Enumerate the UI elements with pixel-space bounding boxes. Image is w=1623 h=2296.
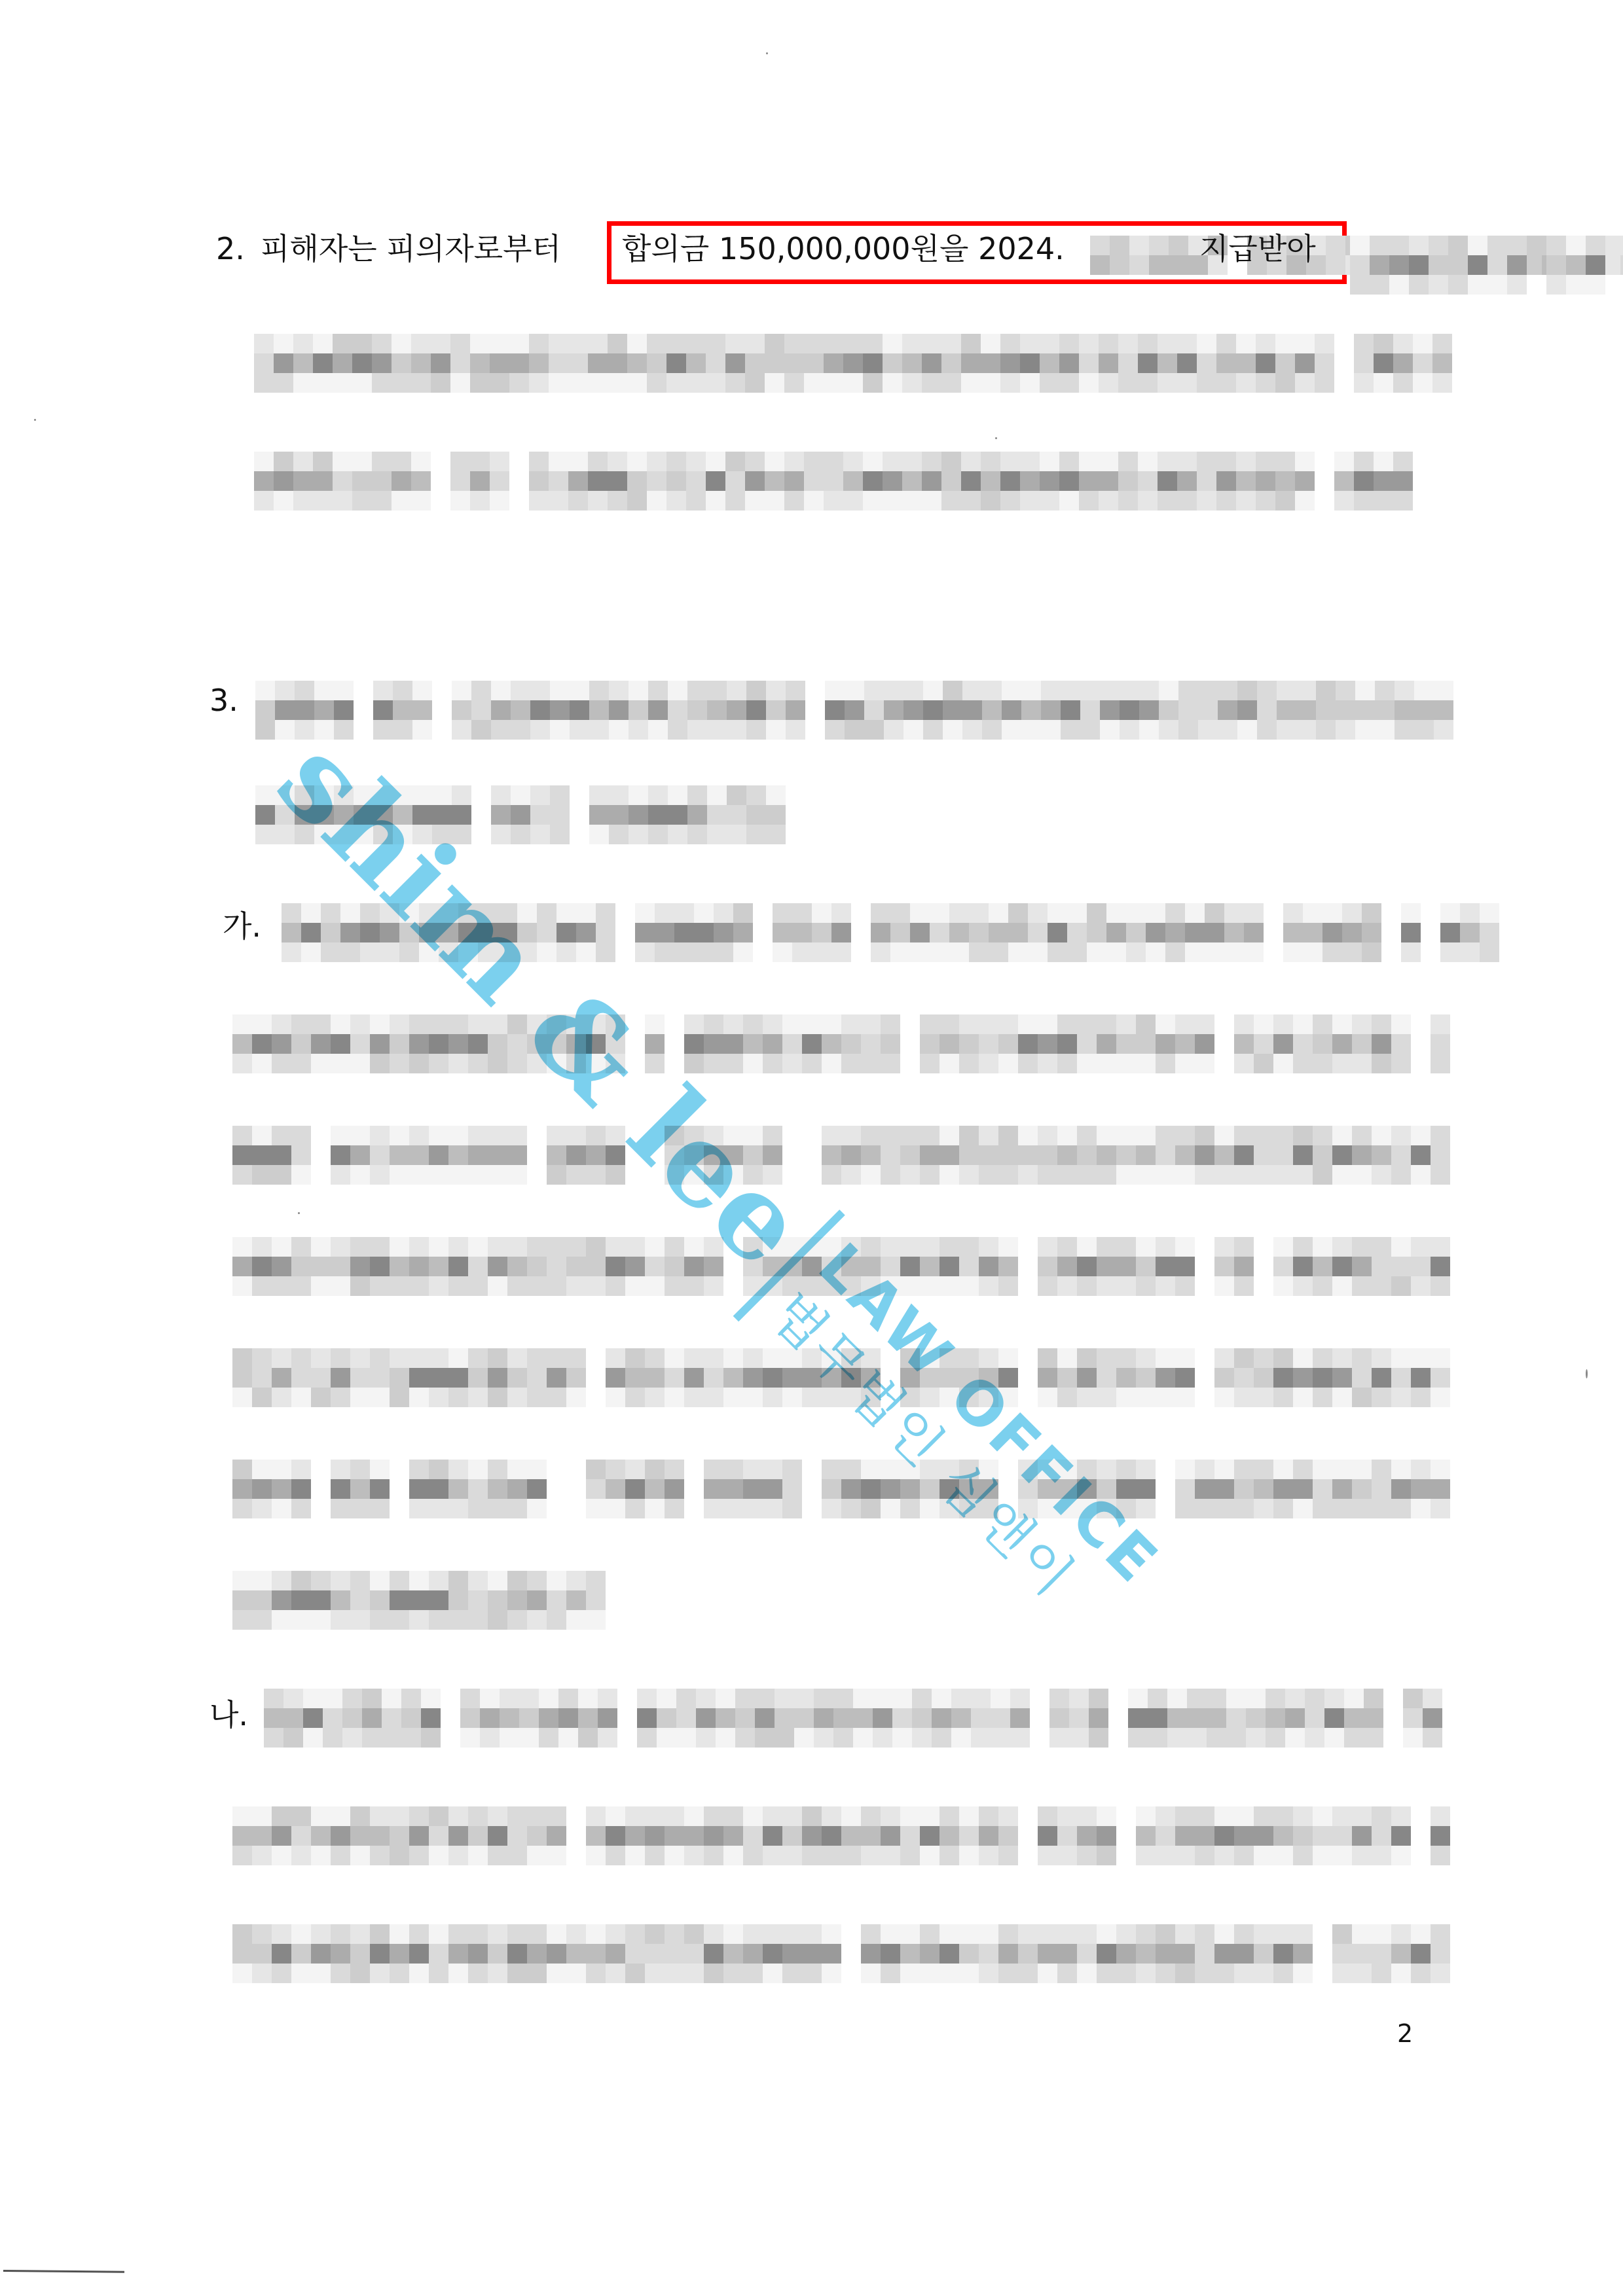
redaction-pixel bbox=[892, 1728, 912, 1748]
redaction-pixel bbox=[864, 700, 884, 720]
redaction-pixel bbox=[1008, 923, 1028, 942]
redaction-pixel bbox=[373, 785, 393, 805]
redaction-pixel bbox=[1254, 1826, 1273, 1846]
redaction-pixel bbox=[979, 1499, 998, 1518]
redaction-pixel bbox=[1275, 353, 1295, 373]
redaction-pixel bbox=[1061, 720, 1080, 740]
redaction-pixel bbox=[1040, 452, 1059, 471]
redaction-pixel bbox=[981, 452, 1000, 471]
redaction-pixel bbox=[979, 1806, 998, 1826]
redaction-pixel bbox=[861, 1846, 881, 1865]
redaction-pixel bbox=[1175, 1499, 1195, 1518]
redaction-pixel bbox=[1273, 1499, 1293, 1518]
redaction-pixel bbox=[939, 1846, 959, 1865]
redaction-pixel bbox=[959, 1944, 979, 1964]
redaction-pixel bbox=[725, 452, 745, 471]
redaction-pixel bbox=[598, 1708, 617, 1728]
redaction-pixel bbox=[468, 1590, 488, 1610]
redaction-pixel bbox=[704, 1034, 723, 1054]
redaction-pixel bbox=[1049, 1728, 1069, 1748]
redaction-pixel bbox=[716, 1728, 735, 1748]
redaction-pixel bbox=[873, 1689, 892, 1708]
redaction-pixel bbox=[1077, 1054, 1097, 1073]
redaction-pixel bbox=[648, 785, 668, 805]
redaction-pixel bbox=[1275, 471, 1295, 491]
redaction-pixel bbox=[448, 1126, 468, 1145]
redaction-pixel bbox=[1097, 1964, 1116, 1983]
redaction-pixel bbox=[998, 1165, 1018, 1185]
redaction-pixel bbox=[488, 1054, 507, 1073]
redaction-pixel bbox=[833, 1689, 853, 1708]
redaction-pixel bbox=[372, 491, 392, 511]
redaction-pixel bbox=[881, 1054, 900, 1073]
redaction-pixel bbox=[1352, 1257, 1372, 1276]
redaction-pixel bbox=[1000, 334, 1020, 353]
redaction-pixel bbox=[1352, 1806, 1372, 1826]
redaction-pixel bbox=[1059, 373, 1079, 393]
redaction-pixel bbox=[1175, 1276, 1195, 1296]
redaction-pixel bbox=[390, 1126, 409, 1145]
redaction-pixel bbox=[429, 1460, 448, 1479]
redaction-pixel bbox=[331, 1806, 350, 1826]
redaction-pixel bbox=[920, 1826, 939, 1846]
redaction-pixel bbox=[1332, 1237, 1352, 1257]
redaction-pixel bbox=[291, 1479, 311, 1499]
redaction-pixel bbox=[586, 1806, 606, 1826]
redaction-pixel bbox=[1332, 1806, 1352, 1826]
redaction-pixel bbox=[743, 1014, 763, 1034]
redaction-pixel bbox=[657, 1708, 676, 1728]
redaction-pixel bbox=[1401, 923, 1421, 942]
redaction-pixel bbox=[1411, 1348, 1431, 1368]
redaction-pixel bbox=[1097, 1388, 1116, 1407]
redaction-pixel bbox=[1374, 353, 1393, 373]
redaction-pixel bbox=[1332, 1034, 1352, 1054]
redaction-pixel bbox=[725, 334, 745, 353]
redaction-pixel bbox=[763, 1276, 782, 1296]
redaction-pixel bbox=[1077, 1165, 1097, 1185]
redaction-pixel bbox=[272, 1348, 291, 1368]
redaction-pixel bbox=[1156, 1368, 1175, 1388]
redaction-pixel bbox=[390, 1964, 409, 1983]
redaction-pixel bbox=[1332, 1126, 1352, 1145]
redaction-pixel bbox=[1116, 1348, 1136, 1368]
redaction-pixel bbox=[331, 1479, 350, 1499]
redaction-pixel bbox=[902, 373, 922, 393]
redaction-pixel bbox=[1116, 1368, 1136, 1388]
redaction-pixel bbox=[488, 1126, 507, 1145]
redaction-pixel bbox=[1038, 1237, 1057, 1257]
redaction-pixel bbox=[804, 491, 824, 511]
redaction-pixel bbox=[470, 491, 490, 511]
redaction-pixel bbox=[488, 1034, 507, 1054]
redaction-pixel bbox=[1460, 903, 1480, 923]
redaction-pixel bbox=[589, 805, 609, 825]
redaction-pixel bbox=[232, 1460, 252, 1479]
redaction-pixel bbox=[1273, 1368, 1293, 1388]
redaction-pixel bbox=[684, 1054, 704, 1073]
redaction-pixel bbox=[1507, 236, 1527, 255]
redaction-pixel bbox=[1020, 353, 1040, 373]
redaction-pixel bbox=[1079, 471, 1099, 491]
redaction-pixel bbox=[586, 1145, 606, 1165]
redaction-pixel bbox=[900, 1826, 920, 1846]
redaction-pixel bbox=[1175, 1348, 1195, 1368]
redaction-pixel bbox=[323, 1708, 342, 1728]
redaction-pixel bbox=[1224, 903, 1244, 923]
redaction-pixel bbox=[1021, 720, 1041, 740]
redaction-pixel bbox=[429, 1571, 448, 1590]
redaction-pixel bbox=[1315, 373, 1334, 393]
redaction-pixel bbox=[1079, 353, 1099, 373]
redaction-pixel bbox=[350, 1145, 370, 1165]
redaction-pixel bbox=[1207, 1689, 1226, 1708]
redaction-pixel bbox=[784, 471, 804, 491]
redaction-pixel bbox=[665, 1165, 684, 1185]
redaction-pixel bbox=[252, 1806, 272, 1826]
redaction-pixel bbox=[507, 1257, 527, 1276]
redaction-pixel bbox=[340, 942, 360, 962]
redaction-pixel bbox=[883, 373, 902, 393]
redaction-pixel bbox=[539, 1728, 558, 1748]
redaction-pixel bbox=[1097, 1479, 1116, 1499]
redaction-pixel bbox=[920, 1126, 939, 1145]
redaction-pixel bbox=[272, 1145, 291, 1165]
redaction-pixel bbox=[743, 1479, 763, 1499]
redaction-pixel bbox=[991, 1708, 1010, 1728]
redaction-pixel bbox=[500, 1728, 519, 1748]
redaction-pixel bbox=[814, 1689, 833, 1708]
redaction-pixel bbox=[900, 1368, 920, 1388]
redaction-pixel bbox=[352, 471, 372, 491]
redaction-pixel bbox=[853, 1708, 873, 1728]
redaction-pixel bbox=[706, 373, 725, 393]
redaction-pixel bbox=[746, 700, 766, 720]
redaction-pixel bbox=[1336, 700, 1355, 720]
redaction-pixel bbox=[1256, 452, 1275, 471]
redaction-pixel bbox=[1403, 1708, 1423, 1728]
redaction-pixel bbox=[568, 491, 588, 511]
redaction-pixel bbox=[570, 700, 589, 720]
redaction-pixel bbox=[763, 1944, 782, 1964]
redaction-pixel bbox=[881, 1826, 900, 1846]
redaction-pixel bbox=[998, 1276, 1018, 1296]
redaction-pixel bbox=[370, 1348, 390, 1368]
redaction-pixel bbox=[1350, 236, 1370, 255]
redaction-pixel bbox=[706, 353, 725, 373]
redaction-pixel bbox=[1409, 275, 1429, 295]
redaction-pixel bbox=[668, 681, 687, 700]
redaction-pixel bbox=[370, 1964, 390, 1983]
redaction-pixel bbox=[232, 1806, 252, 1826]
redaction-pixel bbox=[665, 1806, 684, 1826]
redaction-pixel bbox=[647, 491, 666, 511]
redaction-pixel bbox=[606, 1237, 625, 1257]
scan-speck bbox=[298, 1212, 300, 1214]
redaction-pixel bbox=[429, 1348, 448, 1368]
redaction-pixel bbox=[1332, 1846, 1352, 1865]
redaction-pixel bbox=[998, 1126, 1018, 1145]
redaction-pixel bbox=[488, 1237, 507, 1257]
redaction-pixel bbox=[350, 1388, 370, 1407]
redaction-pixel bbox=[586, 1460, 606, 1479]
redaction-pixel bbox=[782, 1276, 802, 1296]
redaction-pixel bbox=[488, 1610, 507, 1630]
redaction-pixel bbox=[1254, 1846, 1273, 1865]
redaction-pixel bbox=[665, 1237, 684, 1257]
redaction-pixel bbox=[566, 1237, 586, 1257]
redaction-pixel bbox=[488, 1964, 507, 1983]
redaction-pixel bbox=[802, 1054, 822, 1073]
redaction-pixel bbox=[1254, 1145, 1273, 1165]
redaction-pixel bbox=[961, 334, 981, 353]
redaction-pixel bbox=[822, 1237, 841, 1257]
redaction-pixel bbox=[578, 1689, 598, 1708]
redaction-pixel bbox=[1197, 334, 1216, 353]
redaction-pixel bbox=[303, 1689, 323, 1708]
redaction-pixel bbox=[1234, 1276, 1254, 1296]
redaction-pixel bbox=[232, 1479, 252, 1499]
redaction-pixel bbox=[792, 942, 812, 962]
redaction-pixel bbox=[232, 1610, 252, 1630]
redaction-pixel bbox=[431, 353, 450, 373]
redaction-pixel bbox=[1097, 1034, 1116, 1054]
redaction-pixel bbox=[1226, 1728, 1246, 1748]
redacted-line bbox=[232, 1571, 606, 1630]
redaction-pixel bbox=[1429, 255, 1448, 275]
redaction-pixel bbox=[725, 353, 745, 373]
redaction-pixel bbox=[743, 1826, 763, 1846]
redaction-pixel bbox=[961, 353, 981, 373]
redaction-pixel bbox=[910, 923, 930, 942]
paragraph-2-label: 2. bbox=[216, 229, 245, 268]
redaction-pixel bbox=[598, 1728, 617, 1748]
redaction-pixel bbox=[1293, 1944, 1313, 1964]
redaction-pixel bbox=[606, 1826, 625, 1846]
redaction-pixel bbox=[291, 1014, 311, 1034]
redaction-pixel bbox=[1136, 1054, 1156, 1073]
redaction-pixel bbox=[1040, 491, 1059, 511]
redaction-pixel bbox=[1293, 1924, 1313, 1944]
redaction-pixel bbox=[861, 1944, 881, 1964]
redaction-pixel bbox=[509, 334, 529, 353]
redaction-pixel bbox=[274, 373, 293, 393]
redaction-pixel bbox=[333, 471, 352, 491]
redaction-pixel bbox=[264, 1708, 283, 1728]
redaction-pixel bbox=[1586, 236, 1605, 255]
redaction-pixel bbox=[1195, 1126, 1214, 1145]
redaction-pixel bbox=[468, 1924, 488, 1944]
redaction-pixel bbox=[452, 825, 471, 844]
redaction-pixel bbox=[429, 1806, 448, 1826]
redaction-pixel bbox=[576, 942, 596, 962]
redaction-pixel bbox=[745, 334, 765, 353]
redaction-pixel bbox=[311, 1388, 331, 1407]
redaction-pixel bbox=[507, 1571, 527, 1590]
redaction-pixel bbox=[468, 1479, 488, 1499]
redaction-pixel bbox=[1214, 1165, 1234, 1185]
redaction-pixel bbox=[912, 1689, 932, 1708]
redaction-pixel bbox=[696, 1728, 716, 1748]
redaction-pixel bbox=[1414, 700, 1434, 720]
redaction-pixel bbox=[998, 1054, 1018, 1073]
redaction-pixel bbox=[1303, 923, 1322, 942]
redaction-pixel bbox=[981, 373, 1000, 393]
redaction-pixel bbox=[863, 452, 883, 471]
redaction-pixel bbox=[1057, 1126, 1077, 1145]
redaction-pixel bbox=[1393, 471, 1413, 491]
redaction-pixel bbox=[704, 1388, 723, 1407]
redaction-pixel bbox=[1355, 681, 1375, 700]
redaction-pixel bbox=[352, 353, 372, 373]
redacted-line bbox=[232, 1126, 1450, 1185]
redaction-pixel bbox=[1099, 491, 1118, 511]
redaction-pixel bbox=[1048, 923, 1067, 942]
redaction-pixel bbox=[373, 805, 393, 825]
redaction-pixel bbox=[547, 1964, 566, 1983]
redaction-pixel bbox=[1395, 700, 1414, 720]
redaction-pixel bbox=[1332, 1826, 1352, 1846]
redaction-pixel bbox=[733, 903, 753, 923]
redaction-pixel bbox=[1364, 1708, 1383, 1728]
redaction-pixel bbox=[1167, 1689, 1187, 1708]
redaction-pixel bbox=[530, 700, 550, 720]
redaction-pixel bbox=[390, 1388, 409, 1407]
redaction-pixel bbox=[1313, 1348, 1332, 1368]
redaction-pixel bbox=[645, 1826, 665, 1846]
redaction-pixel bbox=[802, 1388, 822, 1407]
redaction-pixel bbox=[1175, 1126, 1195, 1145]
redaction-pixel bbox=[1218, 700, 1237, 720]
redaction-pixel bbox=[1313, 1846, 1332, 1865]
redaction-pixel bbox=[527, 1348, 547, 1368]
redaction-pixel bbox=[1254, 1964, 1273, 1983]
redaction-pixel bbox=[409, 1388, 429, 1407]
redaction-pixel bbox=[645, 1348, 665, 1368]
redaction-pixel bbox=[1293, 1237, 1313, 1257]
redaction-pixel bbox=[655, 903, 674, 923]
redaction-pixel bbox=[352, 334, 372, 353]
redaction-pixel bbox=[1126, 903, 1146, 923]
redaction-pixel bbox=[1020, 452, 1040, 471]
redaction-pixel bbox=[1118, 491, 1138, 511]
redaction-pixel bbox=[704, 1276, 723, 1296]
redaction-pixel bbox=[293, 491, 313, 511]
redaction-pixel bbox=[392, 373, 411, 393]
redaction-pixel bbox=[784, 373, 804, 393]
redaction-pixel bbox=[922, 353, 941, 373]
redaction-pixel bbox=[629, 681, 648, 700]
redaction-pixel bbox=[311, 1590, 331, 1610]
redaction-pixel bbox=[409, 1944, 429, 1964]
redaction-pixel bbox=[784, 452, 804, 471]
redaction-pixel bbox=[1038, 1126, 1057, 1145]
redaction-pixel bbox=[421, 1728, 441, 1748]
redaction-pixel bbox=[912, 1708, 932, 1728]
redaction-pixel bbox=[331, 1846, 350, 1865]
redaction-pixel bbox=[608, 334, 627, 353]
redaction-pixel bbox=[1038, 1806, 1057, 1826]
redaction-pixel bbox=[295, 720, 314, 740]
redaction-pixel bbox=[727, 825, 746, 844]
redaction-pixel bbox=[881, 1479, 900, 1499]
redaction-pixel bbox=[1411, 1460, 1431, 1479]
redaction-pixel bbox=[450, 491, 470, 511]
redaction-pixel bbox=[1372, 1054, 1391, 1073]
redaction-pixel bbox=[419, 903, 439, 923]
redaction-pixel bbox=[1077, 1034, 1097, 1054]
redaction-pixel bbox=[743, 1348, 763, 1368]
redaction-pixel bbox=[333, 373, 352, 393]
redaction-pixel bbox=[1257, 700, 1277, 720]
redaction-pixel bbox=[1175, 1479, 1195, 1499]
redaction-pixel bbox=[684, 1826, 704, 1846]
redaction-pixel bbox=[902, 452, 922, 471]
redaction-pixel bbox=[765, 373, 784, 393]
redaction-pixel bbox=[802, 1014, 822, 1034]
redaction-pixel bbox=[825, 720, 845, 740]
paragraph-3-label: 3. bbox=[210, 681, 238, 720]
redaction-pixel bbox=[1116, 1944, 1136, 1964]
redaction-pixel bbox=[1175, 1846, 1195, 1865]
redaction-pixel bbox=[1468, 236, 1487, 255]
redaction-pixel bbox=[409, 1964, 429, 1983]
redaction-pixel bbox=[1234, 1479, 1254, 1499]
redaction-pixel bbox=[314, 720, 334, 740]
redaction-pixel bbox=[350, 1126, 370, 1145]
redaction-pixel bbox=[804, 373, 824, 393]
redaction-pixel bbox=[1057, 1460, 1077, 1479]
redaction-pixel bbox=[370, 1846, 390, 1865]
page-number: 2 bbox=[1397, 2017, 1413, 2050]
redaction-pixel bbox=[687, 825, 707, 844]
redaction-pixel bbox=[1313, 1237, 1332, 1257]
redaction-pixel bbox=[746, 681, 766, 700]
redaction-pixel bbox=[511, 785, 530, 805]
redaction-pixel bbox=[920, 1054, 939, 1073]
redaction-pixel bbox=[833, 1708, 853, 1728]
redaction-pixel bbox=[1431, 1165, 1450, 1185]
redaction-pixel bbox=[1038, 1479, 1057, 1499]
redaction-pixel bbox=[979, 1964, 998, 1983]
redaction-pixel bbox=[609, 805, 629, 825]
redaction-pixel bbox=[409, 1368, 429, 1388]
redaction-pixel bbox=[340, 903, 360, 923]
redaction-pixel bbox=[1077, 1014, 1097, 1034]
redaction-pixel bbox=[861, 1257, 881, 1276]
redaction-pixel bbox=[666, 353, 686, 373]
redaction-pixel bbox=[991, 1689, 1010, 1708]
redaction-pixel bbox=[1372, 1368, 1391, 1388]
redaction-pixel bbox=[460, 1689, 480, 1708]
redaction-pixel bbox=[853, 1689, 873, 1708]
redaction-pixel bbox=[527, 1826, 547, 1846]
redaction-pixel bbox=[252, 1165, 272, 1185]
redaction-pixel bbox=[511, 681, 530, 700]
redaction-pixel bbox=[822, 1014, 841, 1034]
redaction-pixel bbox=[1116, 1388, 1136, 1407]
redaction-pixel bbox=[1305, 1708, 1324, 1728]
redaction-pixel bbox=[814, 1708, 833, 1728]
redaction-pixel bbox=[1195, 1924, 1214, 1944]
redaction-pixel bbox=[311, 1368, 331, 1388]
redaction-pixel bbox=[519, 1689, 539, 1708]
redaction-pixel bbox=[949, 903, 969, 923]
redaction-pixel bbox=[511, 700, 530, 720]
redaction-pixel bbox=[941, 334, 961, 353]
redaction-pixel bbox=[252, 1145, 272, 1165]
redaction-pixel bbox=[733, 923, 753, 942]
